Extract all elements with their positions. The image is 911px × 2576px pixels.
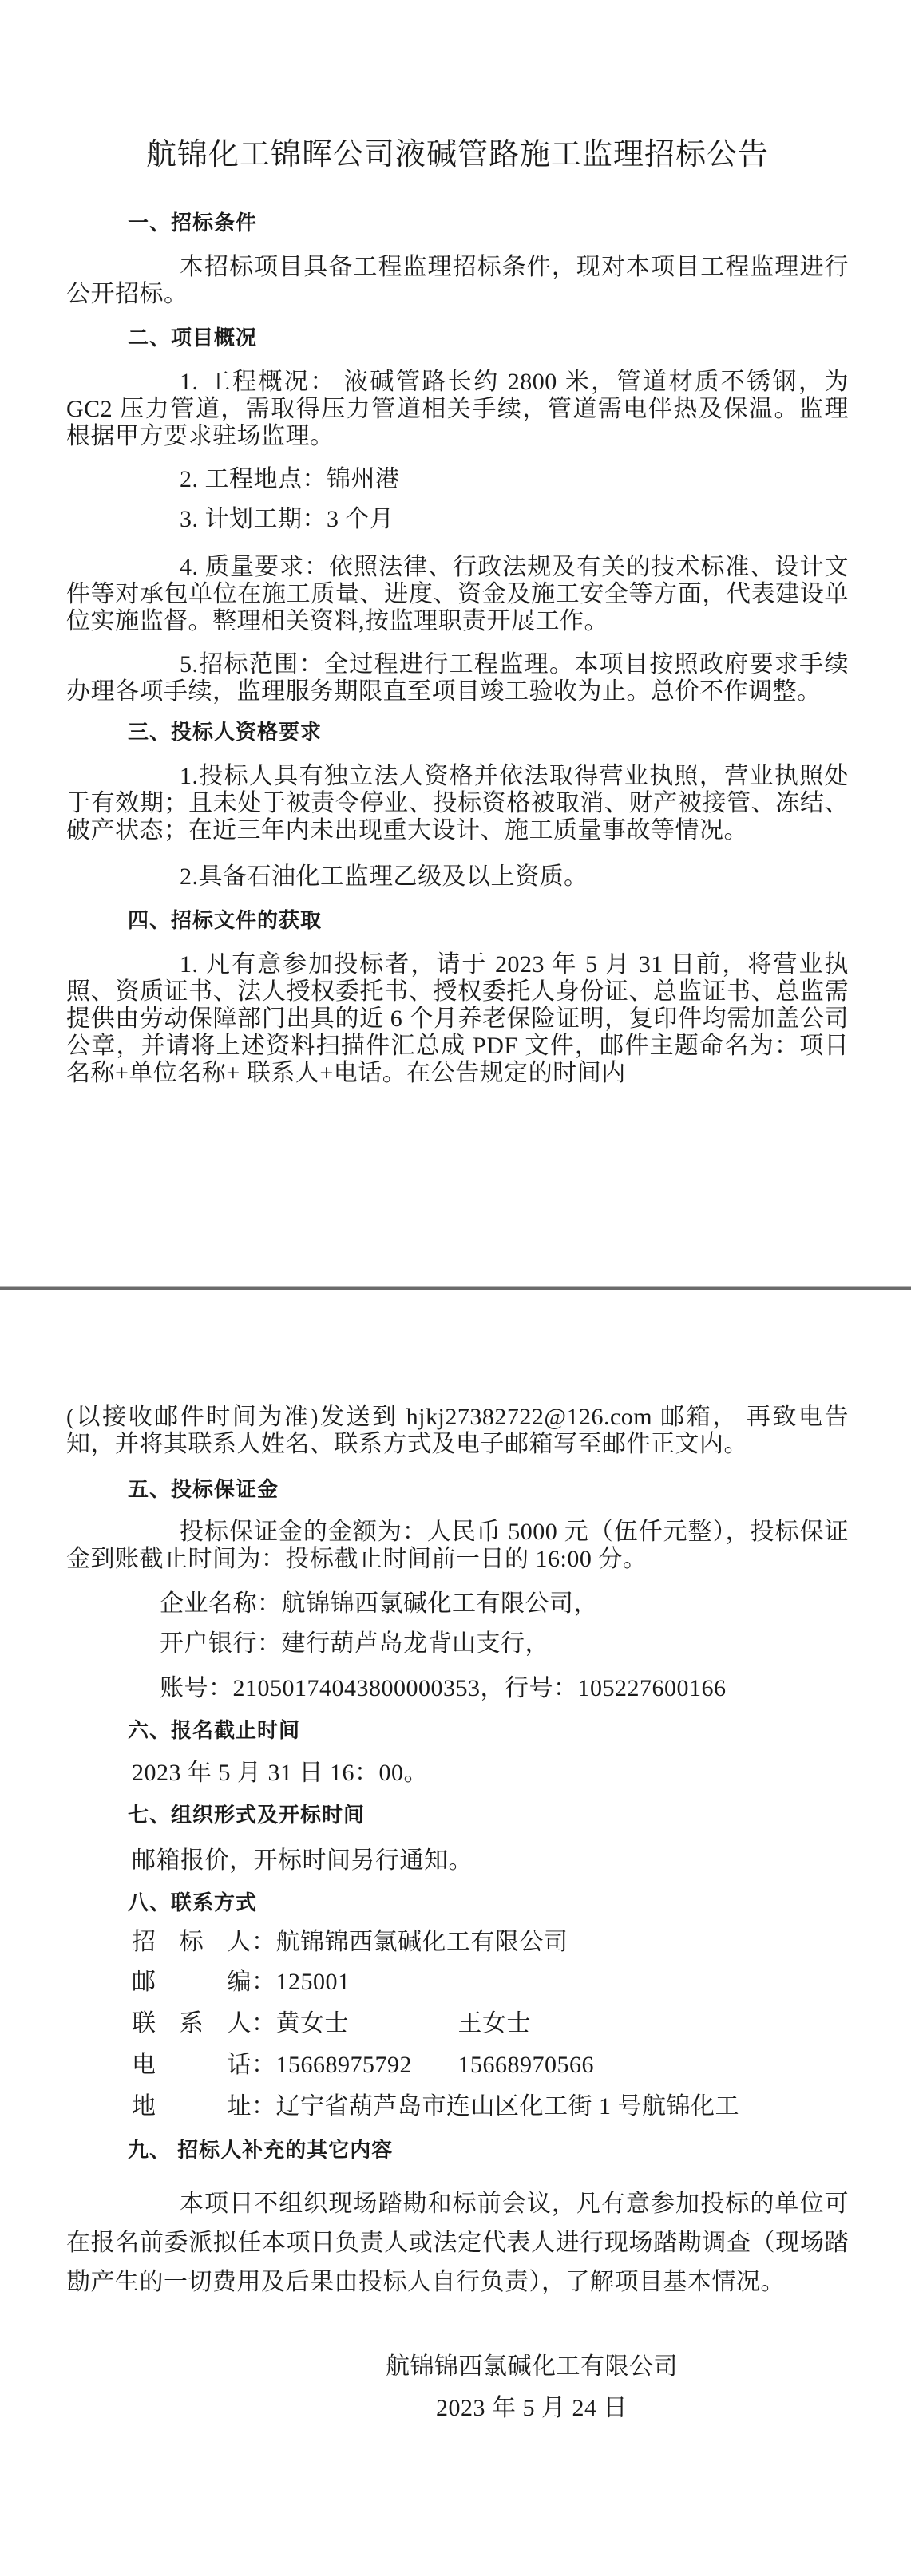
section-heading-bid-opening: 七、组织形式及开标时间 [66,1803,849,1827]
contact-person-1: 黄女士 [276,2010,458,2037]
contact-row-tenderer: 招标人：航锦锦西氯碱化工有限公司 [66,1929,849,1956]
contact-row-postcode: 邮编：125001 [66,1969,849,1996]
contact-label-postcode: 邮编 [132,1969,252,1996]
line-project-duration: 3. 计划工期：3 个月 [66,506,849,533]
line-project-location: 2. 工程地点：锦州港 [66,466,849,493]
section-heading-bid-bond: 五、投标保证金 [66,1477,849,1501]
contact-label-tenderer: 招标人 [132,1929,252,1956]
paragraph-bidding-scope: 5.招标范围：全过程进行工程监理。本项目按照政府要求手续办理各项手续，监理服务期… [66,651,849,705]
contact-colon: ： [252,2093,276,2120]
section-heading-document-acquisition: 四、招标文件的获取 [66,908,849,932]
contact-colon: ： [252,2010,276,2037]
contact-label-persons: 联系人 [132,2010,252,2037]
contact-row-phones: 电话：1566897579215668970566 [66,2052,849,2079]
section-heading-bidder-qualifications: 三、投标人资格要求 [66,720,849,744]
paragraph-project-scope: 1. 工程概况： 液碱管路长约 2800 米，管道材质不锈钢，为 GC2 压力管… [66,369,849,450]
contact-phone-1: 15668975792 [276,2052,458,2079]
contact-label-address: 地址 [132,2093,252,2120]
contact-row-persons: 联系人：黄女士王女士 [66,2010,849,2037]
paragraph-bidding-conditions: 本招标项目具备工程监理招标条件，现对本项目工程监理进行公开招标。 [66,254,849,308]
paragraph-document-acquisition-part1: 1. 凡有意参加投标者，请于 2023 年 5 月 31 日前，将营业执照、资质… [66,951,849,1087]
section-heading-contact-info: 八、联系方式 [66,1891,849,1914]
section-heading-bidding-conditions: 一、招标条件 [66,211,849,235]
document-page-2: (以接收邮件时间为准)发送到 hjkj27382722@126.com 邮箱， … [0,1290,911,2576]
line-bank-name: 开户银行：建行葫芦岛龙背山支行， [66,1630,849,1657]
contact-value-postcode: 125001 [276,1969,351,1995]
paragraph-supplementary: 本项目不组织现场踏勘和标前会议，凡有意参加投标的单位可在报名前委派拟任本项目负责… [66,2184,849,2301]
section-heading-supplementary: 九、 招标人补充的其它内容 [66,2138,849,2162]
line-registration-deadline: 2023 年 5 月 31 日 16：00。 [66,1760,849,1787]
paragraph-bidder-qualification-1: 1.投标人具有独立法人资格并依法取得营业执照，营业执照处于有效期；且未处于被责令… [66,763,849,844]
contact-colon: ： [252,2052,276,2078]
page-title: 航锦化工锦晖公司液碱管路施工监理招标公告 [66,137,849,172]
document-page-1: 航锦化工锦晖公司液碱管路施工监理招标公告 一、招标条件 本招标项目具备工程监理招… [0,0,911,1286]
section-heading-project-overview: 二、项目概况 [66,326,849,350]
contact-person-2: 王女士 [458,2010,532,2037]
paragraph-document-acquisition-part2: (以接收邮件时间为准)发送到 hjkj27382722@126.com 邮箱， … [66,1404,849,1458]
line-account-number: 账号：21050174043800000353，行号：105227600166 [66,1675,849,1702]
footer-company-signature: 航锦锦西氯碱化工有限公司 [66,2353,849,2381]
footer-date: 2023 年 5 月 24 日 [66,2394,849,2423]
line-bid-opening-note: 邮箱报价，开标时间另行通知。 [66,1847,849,1875]
section-heading-registration-deadline: 六、报名截止时间 [66,1718,849,1742]
contact-value-tenderer: 航锦锦西氯碱化工有限公司 [276,1929,568,1955]
line-company-name: 企业名称：航锦锦西氯碱化工有限公司， [66,1590,849,1618]
contact-phone-2: 15668970566 [458,2052,595,2078]
paragraph-bid-bond-amount: 投标保证金的金额为：人民币 5000 元（伍仟元整），投标保证金到账截止时间为：… [66,1519,849,1573]
contact-row-address: 地址：辽宁省葫芦岛市连山区化工街 1 号航锦化工 [66,2093,849,2120]
contact-colon: ： [252,1929,276,1955]
contact-label-phones: 电话 [132,2052,252,2079]
paragraph-bidder-qualification-2: 2.具备石油化工监理乙级及以上资质。 [66,863,849,891]
paragraph-quality-requirements: 4. 质量要求：依照法律、行政法规及有关的技术标准、设计文件等对承包单位在施工质… [66,554,849,635]
contact-value-address: 辽宁省葫芦岛市连山区化工街 1 号航锦化工 [276,2093,740,2120]
contact-colon: ： [252,1969,276,1995]
